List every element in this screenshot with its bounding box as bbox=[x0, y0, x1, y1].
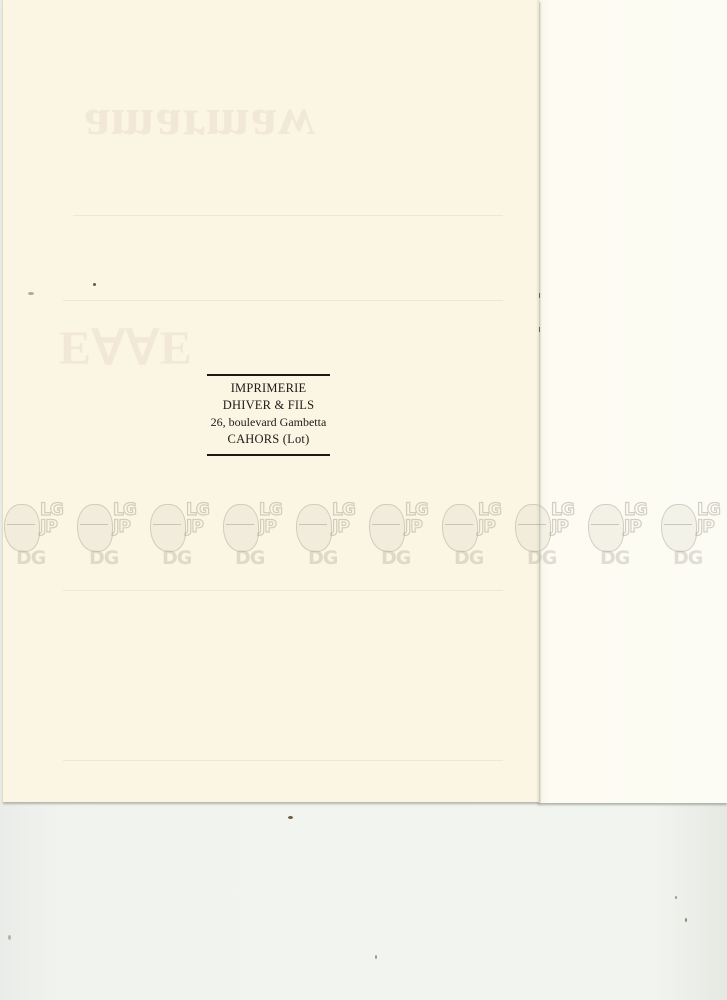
imprint-city: CAHORS (Lot) bbox=[207, 431, 330, 448]
imprint-printer-label: IMPRIMERIE bbox=[207, 380, 330, 397]
dust-speck bbox=[675, 896, 677, 899]
right-page bbox=[538, 0, 727, 803]
imprint-top-rule bbox=[207, 374, 330, 376]
show-through-name: ƎⱯⱯƎ bbox=[58, 320, 192, 376]
imprint-printer-name: DHIVER & FILS bbox=[207, 397, 330, 414]
dust-speck bbox=[685, 918, 687, 922]
dust-speck bbox=[28, 292, 34, 295]
dust-speck bbox=[288, 816, 293, 819]
imprint-bottom-rule bbox=[207, 454, 330, 456]
show-through-rule bbox=[63, 590, 503, 591]
dust-speck bbox=[93, 283, 96, 286]
printer-imprint: IMPRIMERIE DHIVER & FILS 26, boulevard G… bbox=[207, 374, 330, 456]
dust-speck bbox=[8, 935, 11, 940]
show-through-rule bbox=[63, 300, 503, 301]
show-through-rule bbox=[73, 215, 503, 216]
show-through-title: ʍɐɯɹɐɯɐ bbox=[83, 88, 315, 147]
dust-speck bbox=[375, 955, 377, 959]
imprint-street-address: 26, boulevard Gambetta bbox=[207, 414, 330, 431]
show-through-rule bbox=[63, 760, 503, 761]
